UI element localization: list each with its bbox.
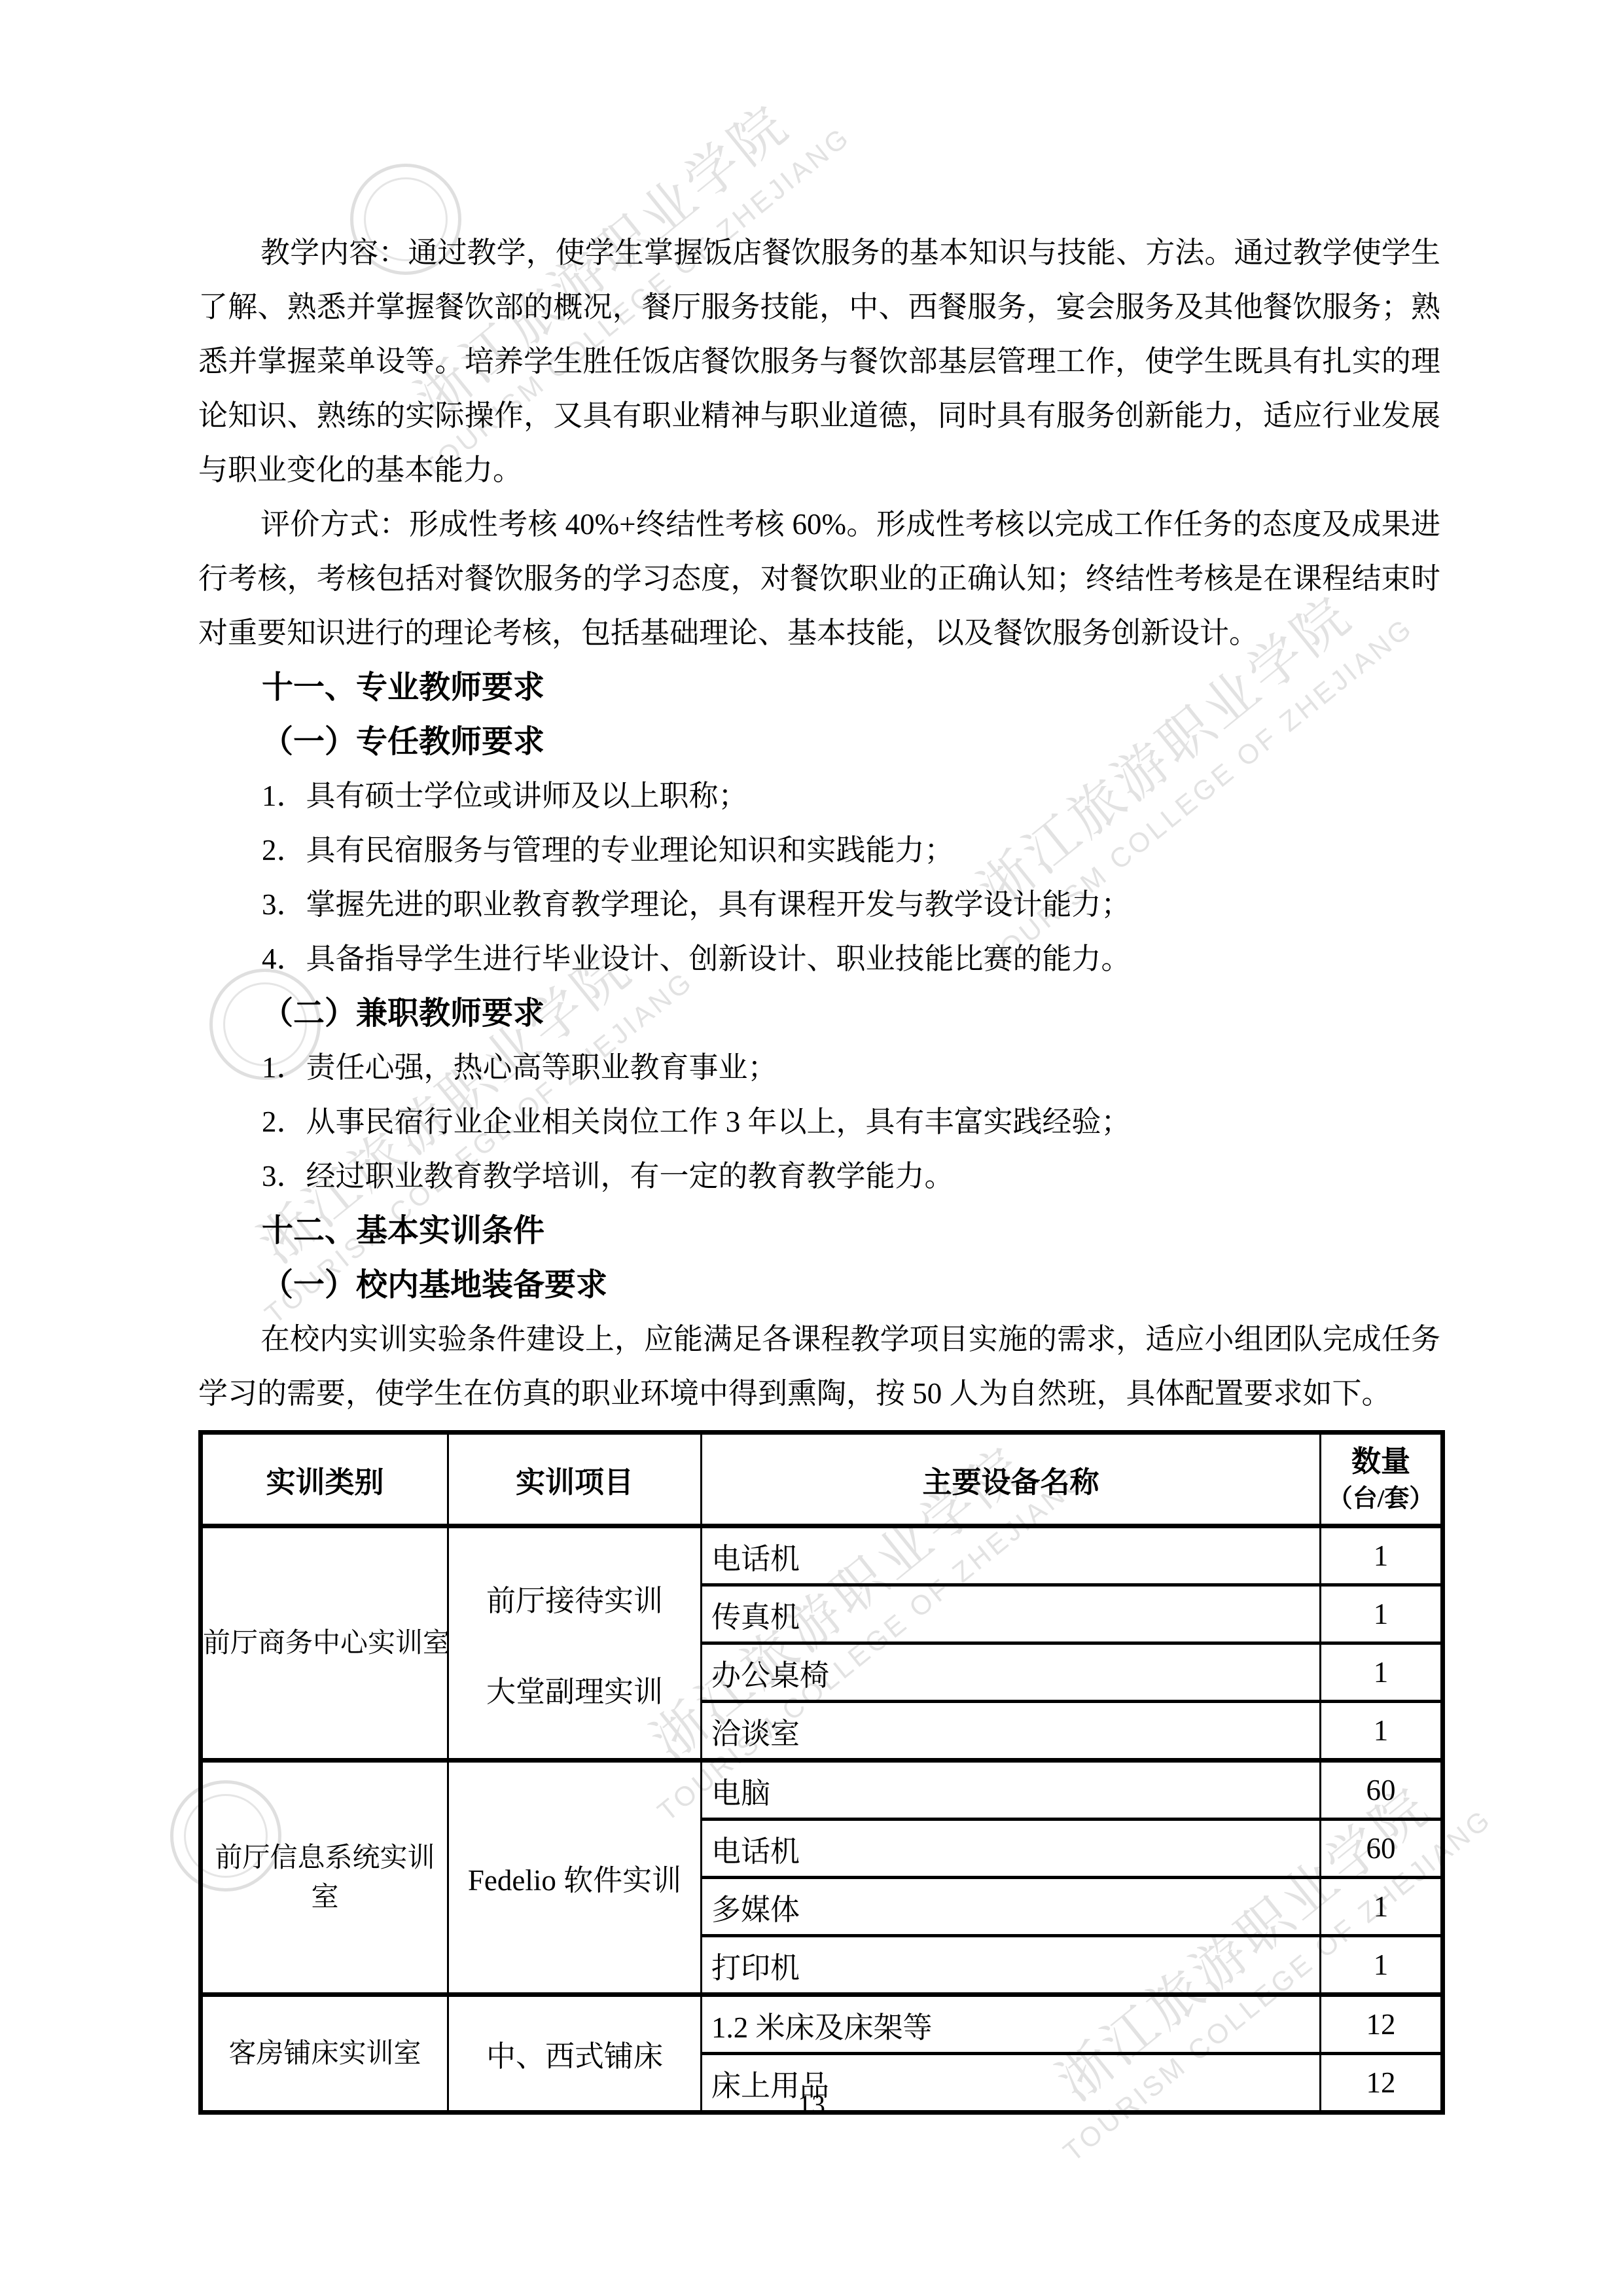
- heading-section-11-1: （一）专任教师要求: [198, 715, 1440, 769]
- page-number: 13: [0, 2090, 1623, 2121]
- table-row: 前厅信息系统实训 室 Fedelio 软件实训 电脑 60: [201, 1761, 1443, 1820]
- cell-qty: 1: [1321, 1936, 1443, 1995]
- cell-qty: 1: [1321, 1878, 1443, 1936]
- paragraph-evaluation: 评价方式：形成性考核 40%+终结性考核 60%。形成性考核以完成工作任务的态度…: [198, 497, 1440, 660]
- cell-device: 多媒体: [702, 1878, 1321, 1936]
- list-item-fulltime-2: 2．具有民宿服务与管理的专业理论知识和实践能力；: [198, 823, 1440, 878]
- training-equipment-table: 实训类别 实训项目 主要设备名称 数量 （台/套） 前厅商务中心实训室: [198, 1430, 1440, 2115]
- project-line: 大堂副理实训: [486, 1668, 663, 1710]
- heading-section-11: 十一、专业教师要求: [198, 660, 1440, 715]
- paragraph-teaching-content: 教学内容：通过教学，使学生掌握饭店餐饮服务的基本知识与技能、方法。通过教学使学生…: [198, 226, 1440, 497]
- cell-device: 电话机: [702, 1820, 1321, 1878]
- cell-qty: 1: [1321, 1585, 1443, 1643]
- list-item-parttime-3: 3．经过职业教育教学培训，有一定的教育教学能力。: [198, 1149, 1440, 1204]
- cell-qty: 1: [1321, 1643, 1443, 1702]
- list-item-parttime-1: 1．责任心强，热心高等职业教育事业；: [198, 1041, 1440, 1095]
- cell-device: 洽谈室: [702, 1702, 1321, 1761]
- list-item-fulltime-1: 1．具有硕士学位或讲师及以上职称；: [198, 769, 1440, 823]
- cell-device: 传真机: [702, 1585, 1321, 1643]
- heading-section-11-2: （二）兼职教师要求: [198, 986, 1440, 1041]
- cell-device: 1.2 米床及床架等: [702, 1995, 1321, 2054]
- table-header-category: 实训类别: [201, 1433, 448, 1526]
- category-line: 室: [203, 1878, 447, 1917]
- category-line: 前厅信息系统实训: [203, 1839, 447, 1878]
- list-item-fulltime-4: 4．具备指导学生进行毕业设计、创新设计、职业技能比赛的能力。: [198, 932, 1440, 986]
- document-body: 教学内容：通过教学，使学生掌握饭店餐饮服务的基本知识与技能、方法。通过教学使学生…: [198, 226, 1440, 1421]
- cell-device: 电脑: [702, 1761, 1321, 1820]
- cell-qty: 1: [1321, 1702, 1443, 1761]
- project-line: Fedelio 软件实训: [468, 1856, 681, 1899]
- heading-section-12: 十二、基本实训条件: [198, 1204, 1440, 1258]
- cell-project-front-office: 前厅接待实训 大堂副理实训: [448, 1526, 702, 1761]
- project-line: 中、西式铺床: [486, 2032, 663, 2075]
- cell-device: 电话机: [702, 1526, 1321, 1585]
- cell-project-fedelio: Fedelio 软件实训: [448, 1761, 702, 1995]
- cell-qty: 60: [1321, 1761, 1443, 1820]
- heading-section-12-1: （一）校内基地装备要求: [198, 1258, 1440, 1312]
- paragraph-training-intro: 在校内实训实验条件建设上，应能满足各课程教学项目实施的需求，适应小组团队完成任务…: [198, 1312, 1440, 1421]
- cell-qty: 12: [1321, 1995, 1443, 2054]
- cell-device: 打印机: [702, 1936, 1321, 1995]
- list-item-fulltime-3: 3．掌握先进的职业教育教学理论，具有课程开发与教学设计能力；: [198, 878, 1440, 932]
- cell-qty: 60: [1321, 1820, 1443, 1878]
- table-header-row: 实训类别 实训项目 主要设备名称 数量 （台/套）: [201, 1433, 1443, 1526]
- cell-qty: 1: [1321, 1526, 1443, 1585]
- table-row: 前厅商务中心实训室 前厅接待实训 大堂副理实训 电话机 1: [201, 1526, 1443, 1585]
- category-line: 客房铺床实训室: [203, 2034, 447, 2073]
- document-page: 浙江旅游职业学院 TOURISM COLLEGE OF ZHEJIANG 浙江旅…: [0, 0, 1623, 2296]
- table-header-equipment: 主要设备名称: [702, 1433, 1321, 1526]
- category-line: 前厅商务中心实训室: [203, 1624, 447, 1663]
- cell-device: 办公桌椅: [702, 1643, 1321, 1702]
- project-line: 前厅接待实训: [486, 1577, 663, 1619]
- table-header-qty-unit: （台/套）: [1321, 1481, 1440, 1516]
- table-header-project: 实训项目: [448, 1433, 702, 1526]
- cell-category-front-office: 前厅商务中心实训室: [201, 1526, 448, 1761]
- table-header-qty-label: 数量: [1321, 1442, 1440, 1481]
- cell-category-front-office-system: 前厅信息系统实训 室: [201, 1761, 448, 1995]
- list-item-parttime-2: 2．从事民宿行业企业相关岗位工作 3 年以上，具有丰富实践经验；: [198, 1095, 1440, 1149]
- table-header-qty: 数量 （台/套）: [1321, 1433, 1443, 1526]
- table-row: 客房铺床实训室 中、西式铺床 1.2 米床及床架等 12: [201, 1995, 1443, 2054]
